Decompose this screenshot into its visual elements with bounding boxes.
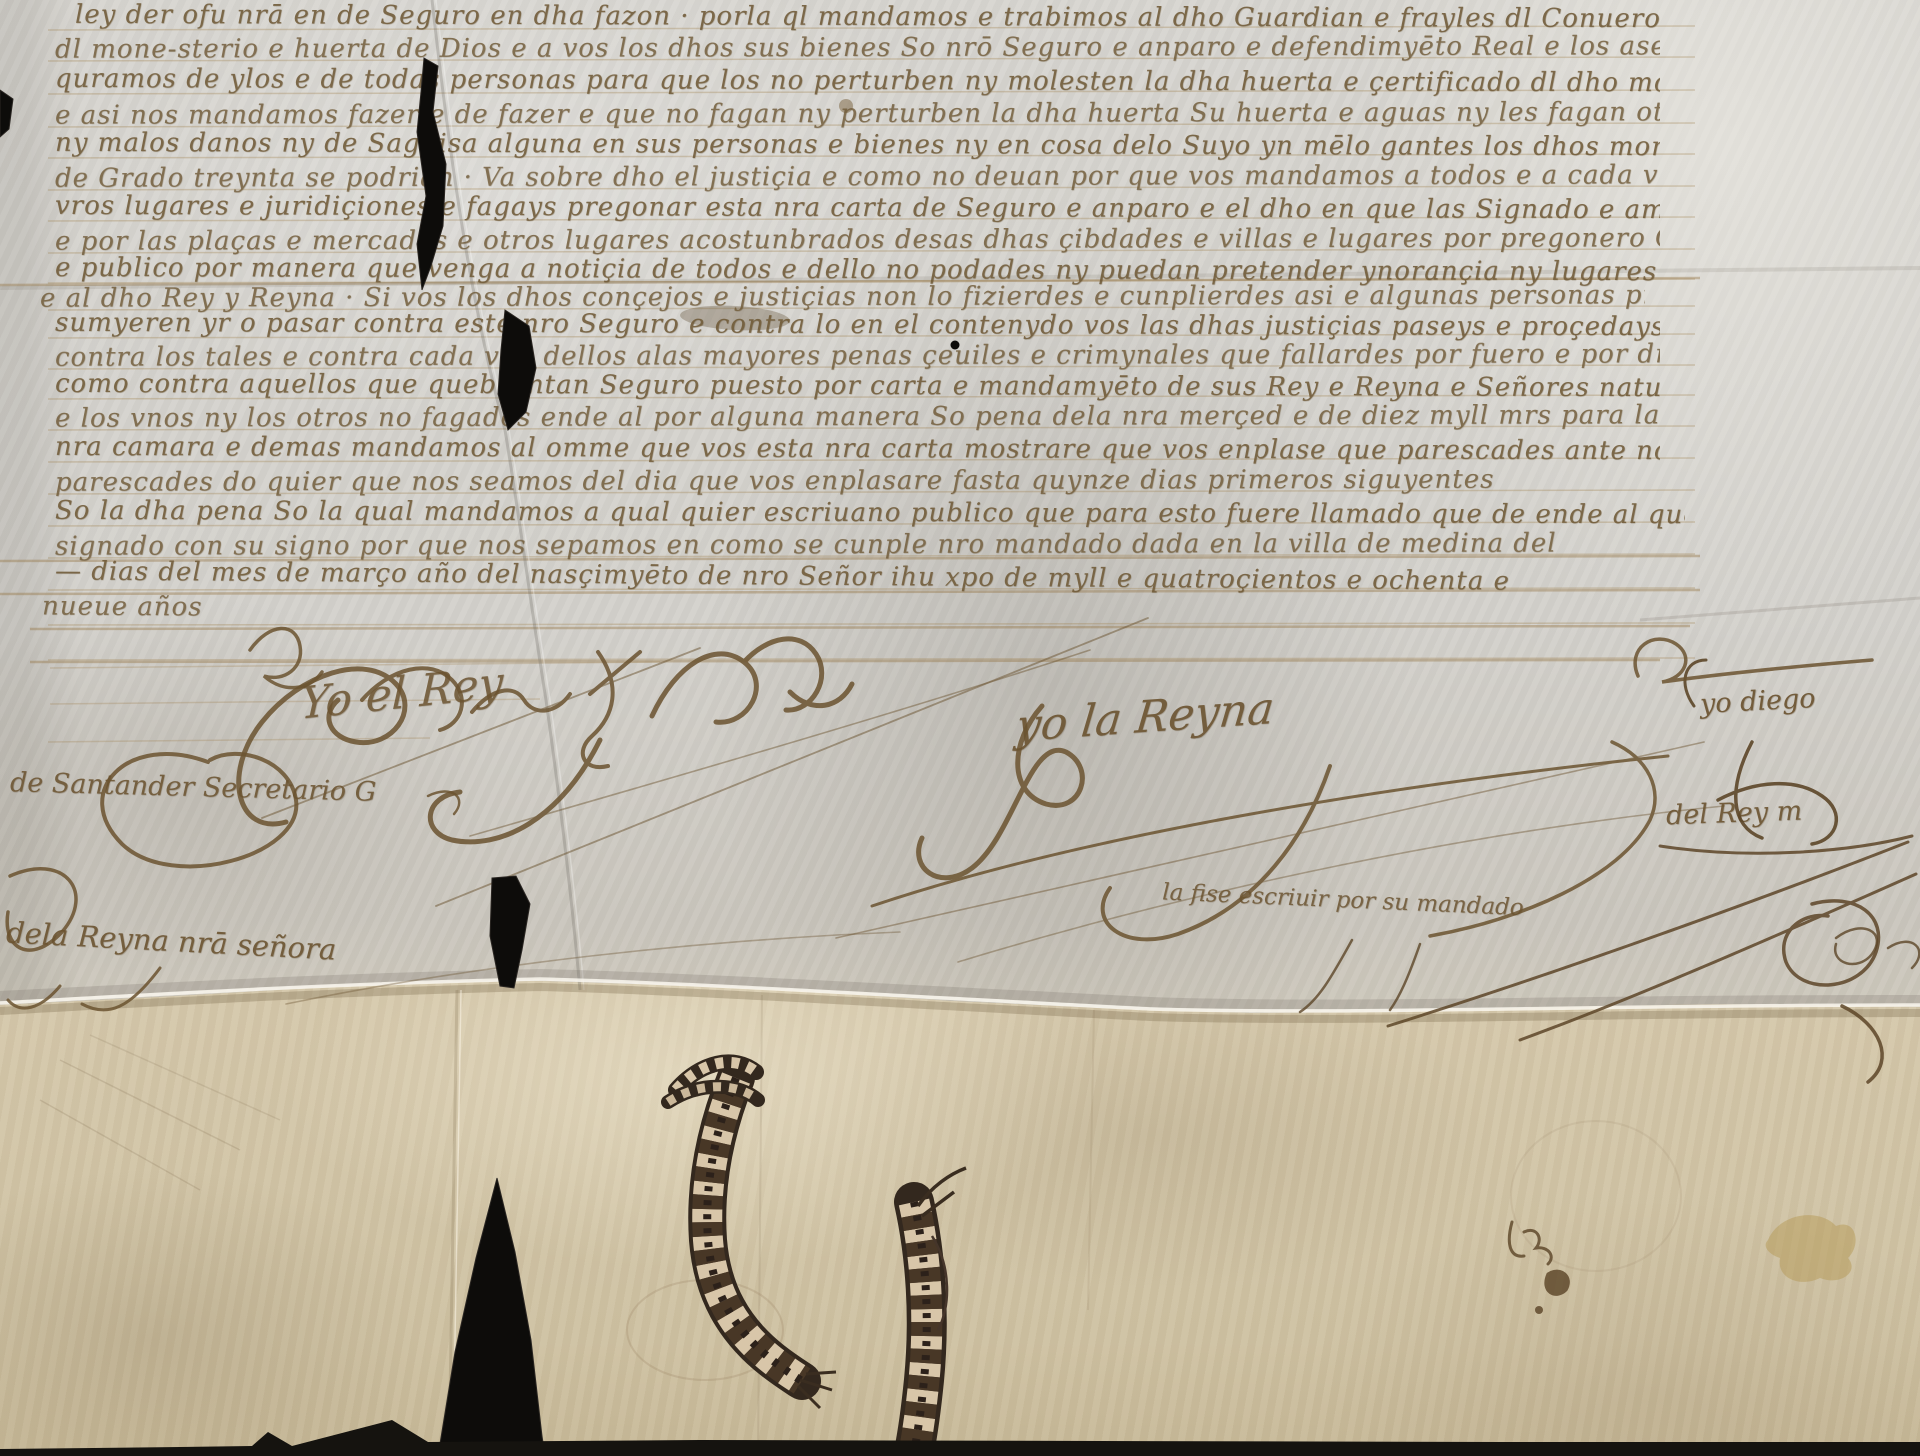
text-line: de Grado treynta se podrian · Va sobre d…: [55, 160, 1660, 193]
text-line: signado con su signo por que nos sepamos…: [55, 528, 1675, 561]
text-line: como contra aquellos que quebrantan Segu…: [55, 369, 1660, 403]
text-line: nra camara e demas mandamos al omme que …: [55, 432, 1660, 466]
text-line: ley der ofu nrā en de Seguro en dha fazo…: [75, 0, 1680, 34]
manuscript-text-block: ley der ofu nrā en de Seguro en dha fazo…: [0, 0, 1920, 700]
note-yo-diego: yo diego: [1699, 683, 1816, 720]
note-del-rey: del Rey m: [1666, 796, 1803, 832]
text-line: nueue años: [42, 591, 1647, 632]
manuscript-photograph: ley der ofu nrā en de Seguro en dha fazo…: [0, 0, 1920, 1456]
text-line: — dias del mes de março año del nasçimyē…: [55, 556, 1660, 597]
text-line: dl mone-sterio e huerta de Dios e a vos …: [55, 31, 1660, 64]
text-line: [58, 632, 378, 663]
text-line: e asi nos mandamos fazer e de fazer e qu…: [55, 97, 1660, 130]
text-line: contra los tales e contra cada vno dello…: [55, 339, 1660, 372]
text-line: So la dha pena So la qual mandamos a qua…: [55, 496, 1685, 530]
text-line: vros lugares e juridiçiones e fagays pre…: [55, 191, 1660, 225]
text-line: ny malos danos ny de Saguisa alguna en s…: [55, 128, 1660, 162]
text-line: quramos de ylos e de todas personas para…: [55, 64, 1660, 98]
text-line: sumyeren yr o pasar contra este nro Segu…: [55, 308, 1660, 342]
text-line: e los vnos ny los otros no fagades ende …: [55, 400, 1660, 433]
text-line: parescades do quier que nos seamos del d…: [55, 464, 1660, 497]
text-line: e por las plaças e mercados e otros luga…: [55, 223, 1660, 256]
